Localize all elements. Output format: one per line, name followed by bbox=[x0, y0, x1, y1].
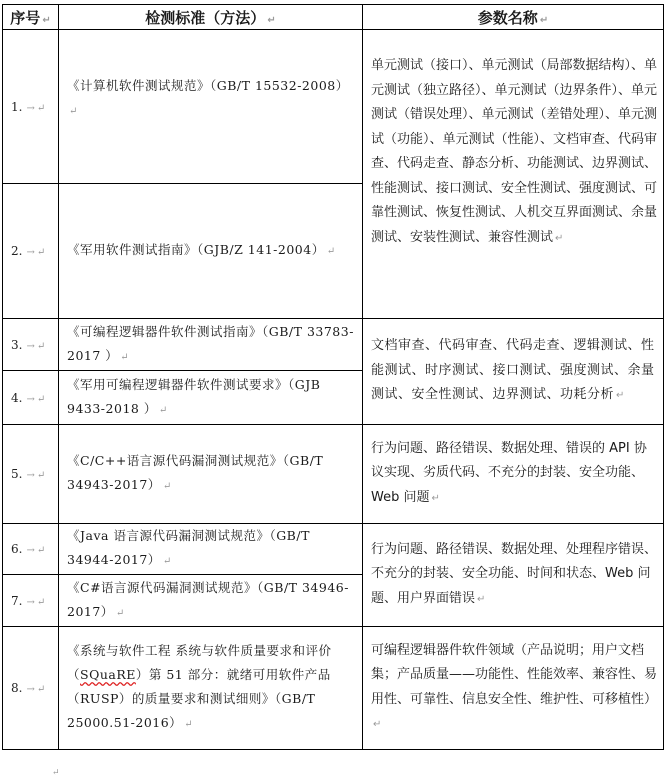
paragraph-mark-icon: ↵ bbox=[116, 608, 125, 619]
parameters-cell: 文档审查、代码审查、代码走查、逻辑测试、性能测试、时序测试、接口测试、强度测试、… bbox=[363, 319, 664, 425]
tab-arrow-icon: → bbox=[26, 341, 34, 352]
tab-arrow-icon: → bbox=[26, 470, 34, 481]
row-index: 2.→↵ bbox=[3, 184, 59, 319]
trailing-paragraph-mark-icon: ↵ bbox=[52, 768, 60, 778]
paragraph-mark-icon: ↵ bbox=[37, 684, 45, 695]
standard-cell: 《系统与软件工程 系统与软件质量要求和评价（SQuaRE）第 51 部分：就绪可… bbox=[59, 627, 363, 750]
header-standard: 检测标准（方法）↵ bbox=[59, 5, 363, 30]
paragraph-mark-icon: ↵ bbox=[69, 106, 78, 117]
standard-cell: 《计算机软件测试规范》（GB/T 15532-2008）↵ bbox=[59, 30, 363, 184]
paragraph-mark-icon: ↵ bbox=[555, 233, 563, 244]
row-index: 4.→↵ bbox=[3, 371, 59, 425]
test-standards-table: 序号↵ 检测标准（方法）↵ 参数名称↵ 1.→↵ 《计算机软件测试规范》（GB/… bbox=[2, 4, 664, 750]
row-index: 7.→↵ bbox=[3, 575, 59, 627]
paragraph-mark-icon: ↵ bbox=[327, 246, 336, 257]
row-index: 3.→↵ bbox=[3, 319, 59, 371]
header-row: 序号↵ 检测标准（方法）↵ 参数名称↵ bbox=[3, 5, 664, 30]
table-row: 8.→↵ 《系统与软件工程 系统与软件质量要求和评价（SQuaRE）第 51 部… bbox=[3, 627, 664, 750]
paragraph-mark-icon: ↵ bbox=[120, 352, 129, 363]
paragraph-mark-icon: ↵ bbox=[42, 15, 50, 26]
paragraph-mark-icon: ↵ bbox=[37, 341, 45, 352]
spellcheck-flagged-word: SQuaRE bbox=[80, 667, 136, 682]
tab-arrow-icon: → bbox=[26, 247, 34, 258]
paragraph-mark-icon: ↵ bbox=[163, 481, 172, 492]
parameters-cell: 可编程逻辑器件软件领域（产品说明；用户文档集；产品质量——功能性、性能效率、兼容… bbox=[363, 627, 664, 750]
paragraph-mark-icon: ↵ bbox=[431, 493, 439, 504]
standard-cell: 《C/C++语言源代码漏洞测试规范》（GB/T 34943-2017）↵ bbox=[59, 425, 363, 524]
standard-cell: 《军用可编程逻辑器件软件测试要求》（GJB 9433-2018 ）↵ bbox=[59, 371, 363, 425]
row-index: 1.→↵ bbox=[3, 30, 59, 184]
parameters-cell: 行为问题、路径错误、数据处理、错误的 API 协议实现、劣质代码、不充分的封装、… bbox=[363, 425, 664, 524]
paragraph-mark-icon: ↵ bbox=[373, 719, 381, 730]
paragraph-mark-icon: ↵ bbox=[477, 594, 485, 605]
parameters-cell: 行为问题、路径错误、数据处理、处理程序错误、不充分的封装、安全功能、时间和状态、… bbox=[363, 524, 664, 627]
paragraph-mark-icon: ↵ bbox=[540, 15, 548, 26]
tab-arrow-icon: → bbox=[26, 597, 34, 608]
paragraph-mark-icon: ↵ bbox=[616, 390, 625, 401]
standard-cell: 《可编程逻辑器件软件测试指南》（GB/T 33783-2017 ）↵ bbox=[59, 319, 363, 371]
row-index: 6.→↵ bbox=[3, 524, 59, 575]
table-row: 3.→↵ 《可编程逻辑器件软件测试指南》（GB/T 33783-2017 ）↵ … bbox=[3, 319, 664, 371]
table-row: 1.→↵ 《计算机软件测试规范》（GB/T 15532-2008）↵ 单元测试（… bbox=[3, 30, 664, 184]
paragraph-mark-icon: ↵ bbox=[184, 719, 193, 730]
tab-arrow-icon: → bbox=[26, 545, 34, 556]
row-index: 8.→↵ bbox=[3, 627, 59, 750]
paragraph-mark-icon: ↵ bbox=[159, 405, 168, 416]
tab-arrow-icon: → bbox=[26, 684, 34, 695]
paragraph-mark-icon: ↵ bbox=[163, 556, 172, 567]
paragraph-mark-icon: ↵ bbox=[37, 545, 45, 556]
paragraph-mark-icon: ↵ bbox=[37, 470, 45, 481]
paragraph-mark-icon: ↵ bbox=[267, 15, 275, 26]
table-row: 6.→↵ 《Java 语言源代码漏洞测试规范》（GB/T 34944-2017）… bbox=[3, 524, 664, 575]
tab-arrow-icon: → bbox=[26, 394, 34, 405]
standard-cell: 《军用软件测试指南》（GJB/Z 141-2004）↵ bbox=[59, 184, 363, 319]
paragraph-mark-icon: ↵ bbox=[37, 394, 45, 405]
standard-cell: 《C#语言源代码漏洞测试规范》（GB/T 34946-2017）↵ bbox=[59, 575, 363, 627]
paragraph-mark-icon: ↵ bbox=[37, 597, 45, 608]
table-row: 5.→↵ 《C/C++语言源代码漏洞测试规范》（GB/T 34943-2017）… bbox=[3, 425, 664, 524]
paragraph-mark-icon: ↵ bbox=[37, 103, 45, 114]
header-index: 序号↵ bbox=[3, 5, 59, 30]
row-index: 5.→↵ bbox=[3, 425, 59, 524]
standard-cell: 《Java 语言源代码漏洞测试规范》（GB/T 34944-2017）↵ bbox=[59, 524, 363, 575]
paragraph-mark-icon: ↵ bbox=[37, 247, 45, 258]
tab-arrow-icon: → bbox=[26, 103, 34, 114]
parameters-cell: 单元测试（接口）、单元测试（局部数据结构）、单元测试（独立路径）、单元测试（边界… bbox=[363, 30, 664, 319]
header-parameters: 参数名称↵ bbox=[363, 5, 664, 30]
